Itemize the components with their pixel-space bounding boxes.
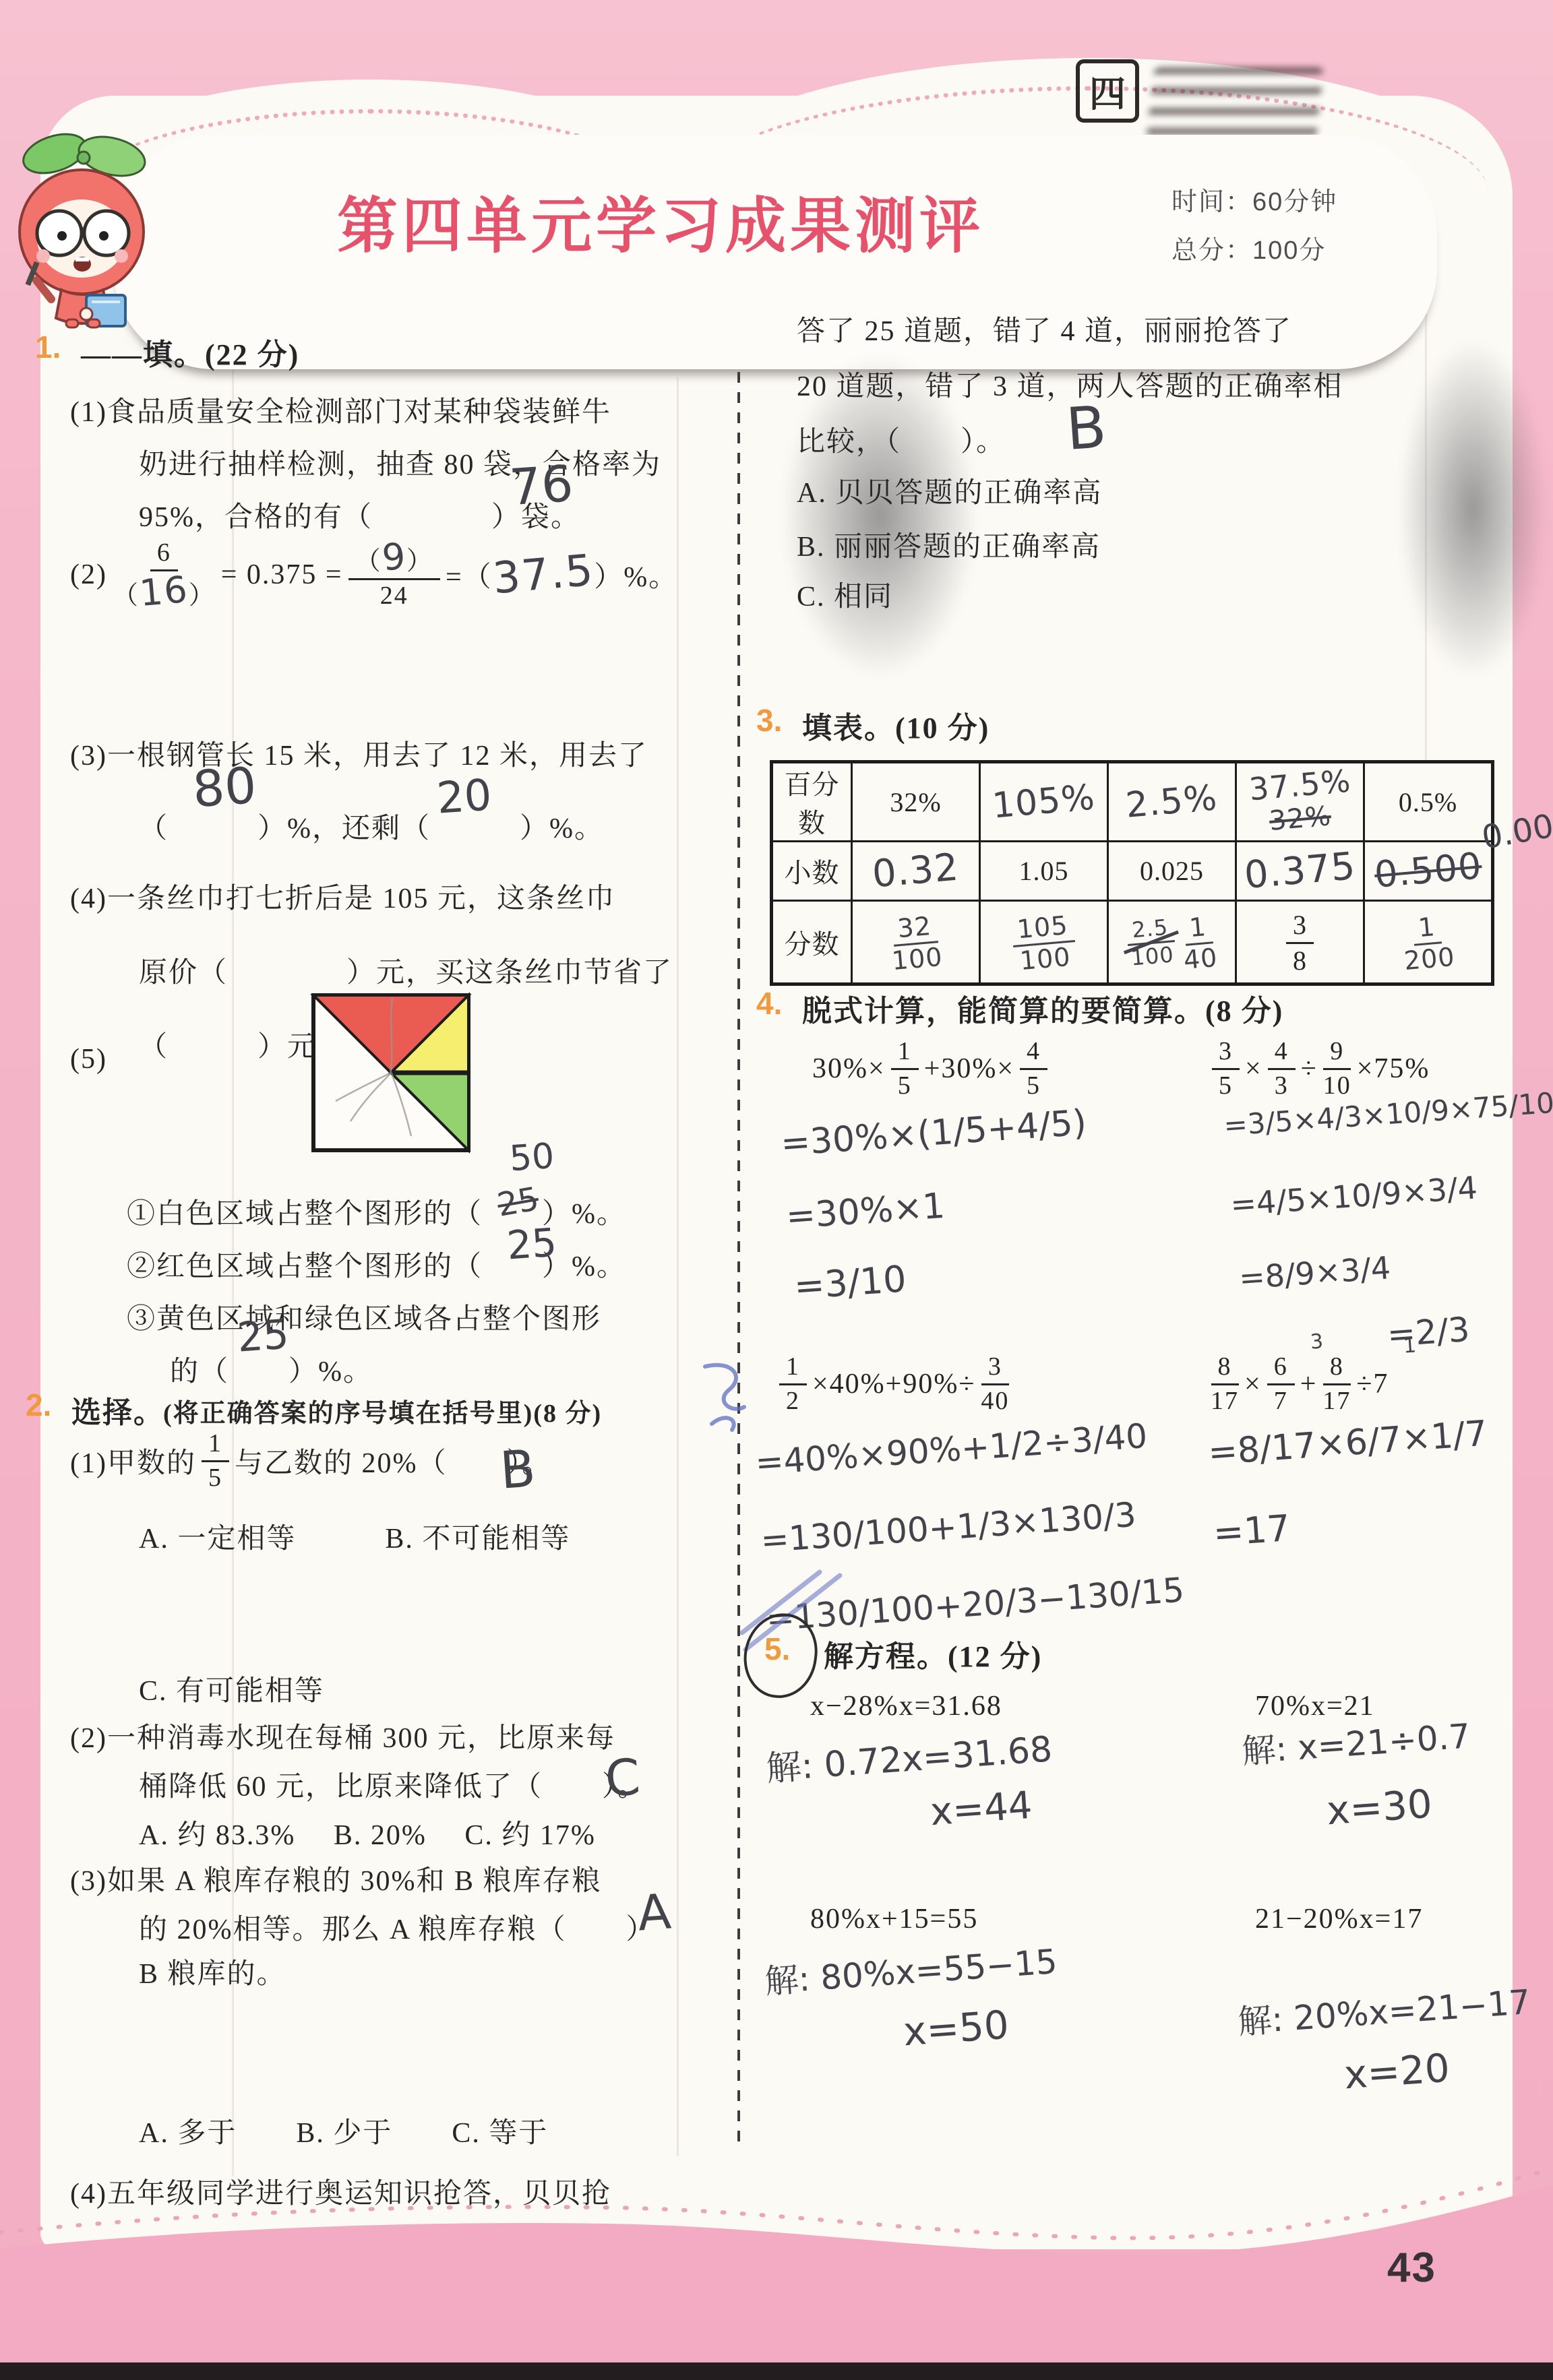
q1-item5-sub3-line1: ③黄色区域和绿色区域各占整个图形 bbox=[127, 1296, 601, 1337]
fraction: 1 5 bbox=[202, 1430, 229, 1493]
scan-crease bbox=[677, 377, 679, 2156]
cell-fraction-3: 2.5100 140 bbox=[1108, 901, 1236, 984]
q4-problem-b: 35 × 43 ÷ 910 ×75% bbox=[1207, 1038, 1430, 1100]
q2-item2-line1: (2)一种消毒水现在每桶 300 元，比原来每 bbox=[70, 1716, 615, 1756]
cell-percent-4: 37.5% 32% bbox=[1236, 762, 1364, 842]
strawberry-mascot-icon bbox=[4, 123, 162, 328]
hw-work-b4: =2/3 bbox=[1386, 1310, 1471, 1354]
hw-solve-4b: x=20 bbox=[1343, 2045, 1451, 2098]
cell-decimal-3: 0.025 bbox=[1108, 842, 1236, 901]
q2-item4-option-b: B. 丽丽答题的正确率高 bbox=[797, 524, 1101, 565]
cell-percent-3: 2.5% bbox=[1108, 762, 1236, 842]
q5-equation-4: 21−20%x=17 bbox=[1255, 1903, 1423, 1935]
hw-crossed-25: 25 bbox=[495, 1180, 542, 1224]
blue-pen-scribble bbox=[692, 1360, 752, 1434]
q2-number: 2. bbox=[26, 1387, 51, 1423]
numerator: （9） bbox=[348, 539, 440, 580]
unit-number-badge: 四 bbox=[1076, 59, 1139, 123]
hw-crossed-value: 32% bbox=[1268, 803, 1332, 835]
cell-fraction-2: 105100 bbox=[980, 901, 1108, 984]
scan-edge bbox=[0, 2362, 1553, 2380]
cell-decimal-5: 0.500 bbox=[1364, 842, 1493, 901]
hw-answer-76: 76 bbox=[508, 455, 575, 517]
hw-crossed-value: 0.500 bbox=[1373, 848, 1484, 894]
q2-item2-options: A. 约 83.3% B. 20% C. 约 17% bbox=[139, 1813, 596, 1853]
hw-choice-B2: B bbox=[1064, 394, 1109, 464]
hw-choice-B: B bbox=[498, 1438, 537, 1500]
hw-answer-25b: 25 bbox=[236, 1311, 291, 1361]
q3-number: 3. bbox=[756, 702, 782, 739]
q3-heading: 填表。(10 分) bbox=[802, 703, 989, 747]
q2-item2-line2: 桶降低 60 元，比原来降低了（ ）。 bbox=[139, 1764, 647, 1805]
item-label: (2) bbox=[70, 559, 107, 591]
q1-item1-line1: (1)食品质量安全检测部门对某种袋装鲜牛 bbox=[70, 389, 611, 430]
smudged-logo bbox=[1146, 67, 1324, 142]
hw-answer-9: 9 bbox=[380, 538, 408, 577]
q2-item3-line1: (3)如果 A 粮库存粮的 30%和 B 粮库存粮 bbox=[70, 1858, 602, 1899]
cell-decimal-1: 0.32 bbox=[852, 842, 980, 901]
hw-answer-20: 20 bbox=[435, 770, 493, 824]
pencil-smudge bbox=[1399, 340, 1547, 677]
hw-work-a3: =3/10 bbox=[793, 1257, 908, 1307]
conversion-table: 百分数 32% 105% 2.5% 37.5% 32% 0.5% 小数 0.32… bbox=[770, 760, 1494, 986]
cell-fraction-5: 1200 bbox=[1364, 901, 1493, 984]
q2-item1-line: (1)甲数的 1 5 与乙数的 20%（ ）。 bbox=[70, 1430, 551, 1493]
q2-item4-line2: 答了 25 道题，错了 4 道，丽丽抢答了 bbox=[797, 309, 1292, 349]
q2-heading: 选择。 bbox=[71, 1388, 164, 1431]
numerator: 1 bbox=[202, 1430, 229, 1462]
fraction: 6 （16） bbox=[113, 539, 216, 610]
hw-choice-C: C bbox=[603, 1748, 642, 1808]
hw-answer-80: 80 bbox=[191, 757, 258, 819]
q5-equation-3: 80%x+15=55 bbox=[810, 1903, 978, 1935]
footer-wave bbox=[0, 2097, 1553, 2380]
q1-item4-line2: 原价（ ）元，买这条丝巾节省了 bbox=[139, 950, 673, 991]
q4-problem-d: 817 × 67 + 817 ÷7 bbox=[1205, 1353, 1389, 1416]
q2-item1-option-c: C. 有可能相等 bbox=[139, 1668, 324, 1709]
q4-problem-c: 12 ×40%+90%÷ 340 bbox=[774, 1353, 1014, 1416]
square-figure bbox=[310, 992, 472, 1154]
column-divider bbox=[737, 372, 740, 2151]
hw-answer-37-5: 37.5 bbox=[491, 549, 596, 600]
workbook-page: 四 第四单元学习成果测评 时间：60分钟 总分：100分 1. ——填。(22 … bbox=[0, 0, 1553, 2380]
q2-item1-options-ab: A. 一定相等 B. 不可能相等 bbox=[139, 1516, 570, 1557]
hw-solve-2b: x=30 bbox=[1325, 1781, 1434, 1834]
hw-crossed-fraction: 2.5100 bbox=[1126, 916, 1177, 970]
hw-work-d2: =17 bbox=[1212, 1507, 1291, 1555]
q2-heading-note: (将正确答案的序号填在括号里)(8 分) bbox=[163, 1392, 602, 1429]
q1-item1-line2: 奶进行抽样检测，抽查 80 袋，合格率为 bbox=[139, 442, 661, 482]
hw-answer-16: 16 bbox=[138, 571, 190, 612]
cell-percent-1: 32% bbox=[852, 762, 980, 842]
q4-heading: 脱式计算，能简算的要简算。(8 分) bbox=[802, 987, 1283, 1030]
q2-item4-option-c: C. 相同 bbox=[797, 574, 893, 615]
q4-number: 4. bbox=[756, 985, 782, 1022]
q2-item3-line2: 的 20%相等。那么 A 粮库存粮（ ） bbox=[139, 1907, 656, 1947]
q1-item5-label: (5) bbox=[70, 1043, 107, 1075]
q2-item3-line3: B 粮库的。 bbox=[139, 1951, 286, 1992]
q1-item2-equation: (2) 6 （16） = 0.375 = （9） 24 =（ 37.5 ）%。 bbox=[70, 539, 678, 610]
fraction: （9） 24 bbox=[348, 539, 440, 610]
hw-solve-1b: x=44 bbox=[929, 1784, 1033, 1834]
numerator: 6 bbox=[150, 539, 178, 571]
hw-solve-3b: x=50 bbox=[902, 2002, 1010, 2055]
time-limit: 时间：60分钟 bbox=[1171, 181, 1337, 218]
hw-choice-A: A bbox=[636, 1883, 673, 1941]
cell-decimal-2: 1.05 bbox=[980, 842, 1108, 901]
q5-heading: 解方程。(12 分) bbox=[824, 1632, 1042, 1675]
q5-number: 5. bbox=[764, 1631, 790, 1667]
q1-number: 1. bbox=[35, 329, 61, 365]
cell-percent-5: 0.5% bbox=[1364, 762, 1493, 842]
q2-item4-option-a: A. 贝贝答题的正确率高 bbox=[797, 470, 1102, 511]
denominator: 24 bbox=[380, 580, 408, 610]
q5-equation-1: x−28%x=31.68 bbox=[810, 1690, 1002, 1722]
row-label: 小数 bbox=[772, 842, 852, 901]
hw-answer-50: 50 bbox=[508, 1136, 555, 1179]
hw-cancel-mark-1: 1 bbox=[1403, 1334, 1417, 1358]
q1-item4-line1: (4)一条丝巾打七折后是 105 元，这条丝巾 bbox=[70, 876, 615, 916]
cell-decimal-4: 0.375 bbox=[1236, 842, 1364, 901]
cell-fraction-1: 32100 bbox=[852, 901, 980, 984]
row-label: 分数 bbox=[772, 901, 852, 984]
denominator: 5 bbox=[208, 1462, 222, 1493]
q1-item3-line1: (3)一根钢管长 15 米，用去了 12 米，用去了 bbox=[70, 733, 648, 774]
denominator: （16） bbox=[113, 571, 216, 610]
cell-fraction-4: 38 bbox=[1236, 901, 1364, 984]
total-score: 总分：100分 bbox=[1171, 229, 1326, 266]
cell-percent-2: 105% bbox=[980, 762, 1108, 842]
q1-heading: ——填。(22 分) bbox=[81, 330, 299, 373]
hw-cancel-mark-3: 3 bbox=[1310, 1329, 1324, 1354]
page-number: 43 bbox=[1387, 2244, 1436, 2292]
q4-problem-a: 30%× 15 +30%× 45 bbox=[812, 1038, 1053, 1100]
page-title: 第四单元学习成果测评 bbox=[337, 177, 984, 264]
row-label: 百分数 bbox=[772, 762, 852, 842]
hw-answer-25: 25 bbox=[506, 1220, 558, 1269]
q2-item4-line4: 比较，（ ）。 bbox=[797, 419, 1006, 460]
